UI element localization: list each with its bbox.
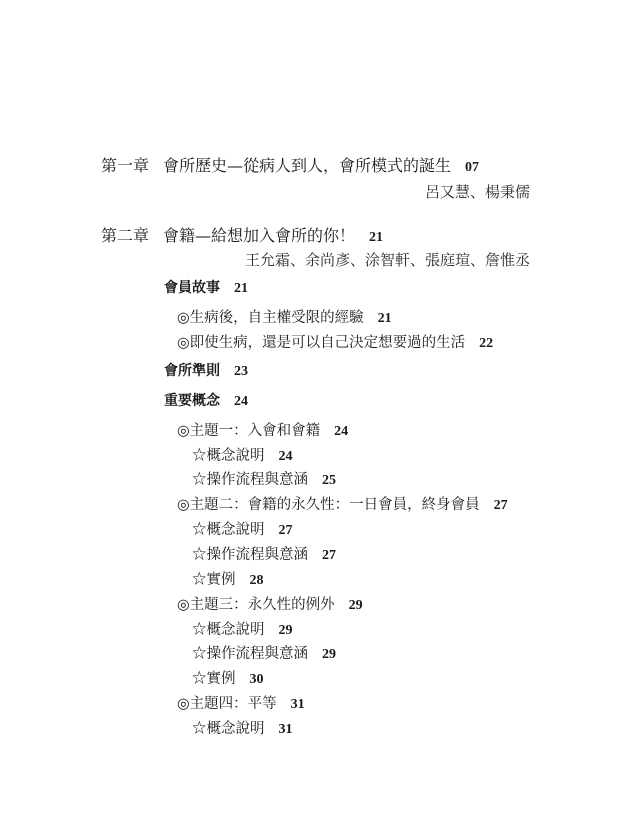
page-number: 31 [279, 722, 293, 737]
page-number: 21 [378, 311, 392, 326]
page-number: 30 [250, 672, 264, 687]
topic-title: ◎主題二：會籍的永久性：一日會員，終身會員 [177, 497, 480, 513]
chapter-label: 第一章 [101, 156, 163, 176]
toc-subitem[interactable]: ☆實例30 [192, 669, 264, 690]
toc-topic[interactable]: ◎主題四：平等31 [177, 694, 305, 715]
toc-story[interactable]: ◎即使生病，還是可以自己決定想要過的生活22 [177, 333, 493, 354]
subitem-title: ☆概念說明 [192, 522, 265, 538]
page-number: 07 [465, 160, 479, 175]
page-number: 27 [279, 523, 293, 538]
toc-topic[interactable]: ◎主題二：會籍的永久性：一日會員，終身會員27 [177, 495, 508, 516]
chapter-title: 會所歷史—從病人到人，會所模式的誕生 [163, 156, 451, 175]
subitem-title: ☆概念說明 [192, 622, 265, 638]
story-title: ◎生病後，自主權受限的經驗 [177, 310, 364, 326]
subitem-title: ☆概念說明 [192, 721, 265, 737]
page-number: 23 [234, 364, 248, 379]
page-number: 29 [349, 598, 363, 613]
page-number: 31 [291, 697, 305, 712]
toc-subitem[interactable]: ☆操作流程與意涵27 [192, 545, 336, 566]
page-number: 21 [234, 281, 248, 296]
page-number: 27 [322, 548, 336, 563]
toc-section[interactable]: 會所準則23 [164, 361, 248, 382]
toc-subitem[interactable]: ☆概念說明27 [192, 520, 293, 541]
table-of-contents-page: 第一章會所歷史—從病人到人，會所模式的誕生07 呂又慧、楊秉儒 第二章會籍—給想… [0, 0, 630, 839]
toc-subitem[interactable]: ☆操作流程與意涵29 [192, 644, 336, 665]
chapter-label: 第二章 [101, 226, 163, 246]
page-number: 22 [479, 336, 493, 351]
subitem-title: ☆實例 [192, 572, 236, 588]
page-number: 24 [334, 424, 348, 439]
toc-story[interactable]: ◎生病後，自主權受限的經驗21 [177, 308, 392, 329]
page-number: 27 [494, 498, 508, 513]
subitem-title: ☆操作流程與意涵 [192, 472, 308, 488]
subitem-title: ☆實例 [192, 671, 236, 687]
toc-chapter-1[interactable]: 第一章會所歷史—從病人到人，會所模式的誕生07 [101, 156, 479, 178]
subitem-title: ☆概念說明 [192, 448, 265, 464]
toc-section[interactable]: 會員故事21 [164, 278, 248, 299]
section-title: 會員故事 [164, 280, 220, 296]
page-number: 24 [279, 449, 293, 464]
page-number: 24 [234, 394, 248, 409]
subitem-title: ☆操作流程與意涵 [192, 646, 308, 662]
toc-subitem[interactable]: ☆概念說明29 [192, 620, 293, 641]
topic-title: ◎主題四：平等 [177, 696, 277, 712]
chapter-authors: 呂又慧、楊秉儒 [425, 181, 530, 202]
section-title: 重要概念 [164, 393, 220, 409]
topic-title: ◎主題一：入會和會籍 [177, 423, 320, 439]
page-number: 29 [322, 647, 336, 662]
story-title: ◎即使生病，還是可以自己決定想要過的生活 [177, 335, 465, 351]
toc-subitem[interactable]: ☆概念說明24 [192, 446, 293, 467]
section-title: 會所準則 [164, 363, 220, 379]
page-number: 29 [279, 623, 293, 638]
page-number: 28 [250, 573, 264, 588]
subitem-title: ☆操作流程與意涵 [192, 547, 308, 563]
toc-subitem[interactable]: ☆概念說明31 [192, 719, 293, 740]
topic-title: ◎主題三：永久性的例外 [177, 597, 335, 613]
toc-subitem[interactable]: ☆操作流程與意涵25 [192, 470, 336, 491]
chapter-authors: 王允霜、余尚彥、涂智軒、張庭瑄、詹惟丞 [245, 249, 530, 270]
page-number: 21 [369, 230, 383, 245]
toc-subitem[interactable]: ☆實例28 [192, 570, 264, 591]
toc-topic[interactable]: ◎主題三：永久性的例外29 [177, 595, 363, 616]
toc-section[interactable]: 重要概念24 [164, 391, 248, 412]
toc-chapter-2[interactable]: 第二章會籍—給想加入會所的你！21 [101, 226, 383, 248]
toc-topic[interactable]: ◎主題一：入會和會籍24 [177, 421, 348, 442]
chapter-title: 會籍—給想加入會所的你！ [163, 226, 355, 245]
page-number: 25 [322, 473, 336, 488]
